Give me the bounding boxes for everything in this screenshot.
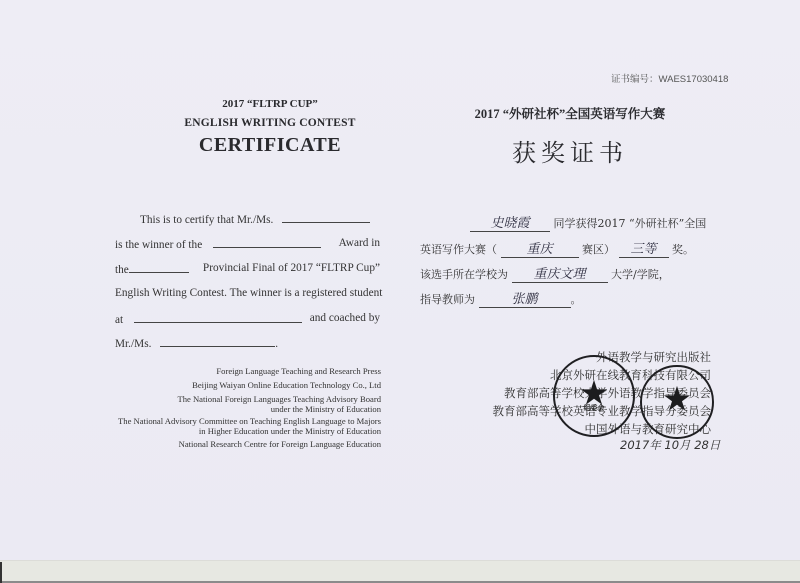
star-icon: ★ — [662, 383, 692, 417]
period-text: . — [275, 338, 278, 350]
chinese-line-3: 该选手所在学校为 重庆文理 大学/学院， — [420, 263, 670, 283]
mr-ms-text: Mr./Ms. — [115, 338, 151, 350]
certify-text: This is to certify that Mr./Ms. — [140, 214, 273, 226]
chinese-line-2: 英语写作大赛（ 重庆 赛区） 三等 奖。 — [420, 238, 694, 258]
english-organizer-4: The National Advisory Committee on Teach… — [118, 416, 381, 426]
issue-date: 2017年 10月 28日 — [620, 437, 720, 453]
teacher-suffix-text: 。 — [571, 293, 582, 306]
award-in-text: Award in — [339, 237, 380, 249]
certificate-serial-number: 证书编号：WAES17030418 — [611, 71, 728, 85]
chinese-title-contest: 2017 “外研社杯”全国英语写作大赛 — [440, 104, 700, 122]
english-line-2: is the winner of the Award in — [115, 237, 380, 251]
award-level-handwritten: 三等 — [619, 238, 669, 258]
region-handwritten: 重庆 — [501, 238, 579, 258]
award-suffix-text: 奖。 — [672, 243, 694, 256]
english-line-1: This is to certify that Mr./Ms. — [140, 212, 370, 226]
seal-label: 组委会 — [555, 403, 633, 413]
province-blank — [129, 262, 189, 273]
english-line-4: English Writing Contest. The winner is a… — [115, 287, 382, 299]
english-line-6: Mr./Ms. . — [115, 336, 278, 350]
provincial-final-text: Provincial Final of 2017 “FLTRP Cup” — [203, 262, 380, 274]
english-organizer-4b: in Higher Education under the Ministry o… — [199, 426, 381, 436]
teacher-handwritten: 张鹏 — [479, 288, 571, 308]
student-name-handwritten: 史晓霞 — [470, 212, 550, 232]
english-title-certificate: CERTIFICATE — [160, 134, 380, 157]
chinese-title-certificate: 获奖证书 — [440, 133, 700, 168]
school-prefix-text: 该选手所在学校为 — [420, 268, 508, 281]
coached-by-text: and coached by — [310, 312, 380, 324]
school-handwritten: 重庆文理 — [512, 263, 608, 283]
english-organizer-3: The National Foreign Languages Teaching … — [177, 394, 381, 404]
english-title-year: 2017 “FLTRP CUP” — [160, 98, 380, 110]
english-line-5: at and coached by — [115, 312, 380, 326]
at-text: at — [115, 314, 123, 326]
school-suffix-text: 大学/学院， — [611, 268, 670, 281]
name-blank — [282, 212, 370, 223]
english-line-3: the Provincial Final of 2017 “FLTRP Cup” — [115, 262, 380, 276]
teacher-prefix-text: 指导教师为 — [420, 293, 475, 306]
region-suffix-text: 赛区） — [582, 243, 615, 256]
contest-prefix-text: 英语写作大赛（ — [420, 243, 497, 256]
official-seal-company: ★ — [640, 365, 714, 439]
scan-left-edge — [0, 562, 2, 583]
coach-blank — [160, 336, 275, 347]
english-organizer-3b: under the Ministry of Education — [271, 404, 381, 414]
school-blank — [134, 312, 302, 323]
english-organizer-2: Beijing Waiyan Online Education Technolo… — [192, 380, 381, 390]
chinese-line-1: 史晓霞 同学获得2017 “外研社杯”全国 — [470, 212, 706, 232]
english-title-contest: ENGLISH WRITING CONTEST — [160, 117, 380, 129]
winner-text: is the winner of the — [115, 239, 202, 251]
scan-bottom-strip — [0, 560, 800, 583]
chinese-line-4: 指导教师为 张鹏。 — [420, 288, 582, 308]
award-blank — [213, 237, 321, 248]
awarded-text: 同学获得2017 “外研社杯”全国 — [554, 217, 707, 230]
english-organizer-1: Foreign Language Teaching and Research P… — [216, 366, 381, 376]
the-text: the — [115, 264, 129, 276]
official-seal-committee: ★ 组委会 — [553, 355, 635, 437]
english-organizer-5: National Research Centre for Foreign Lan… — [179, 439, 381, 449]
